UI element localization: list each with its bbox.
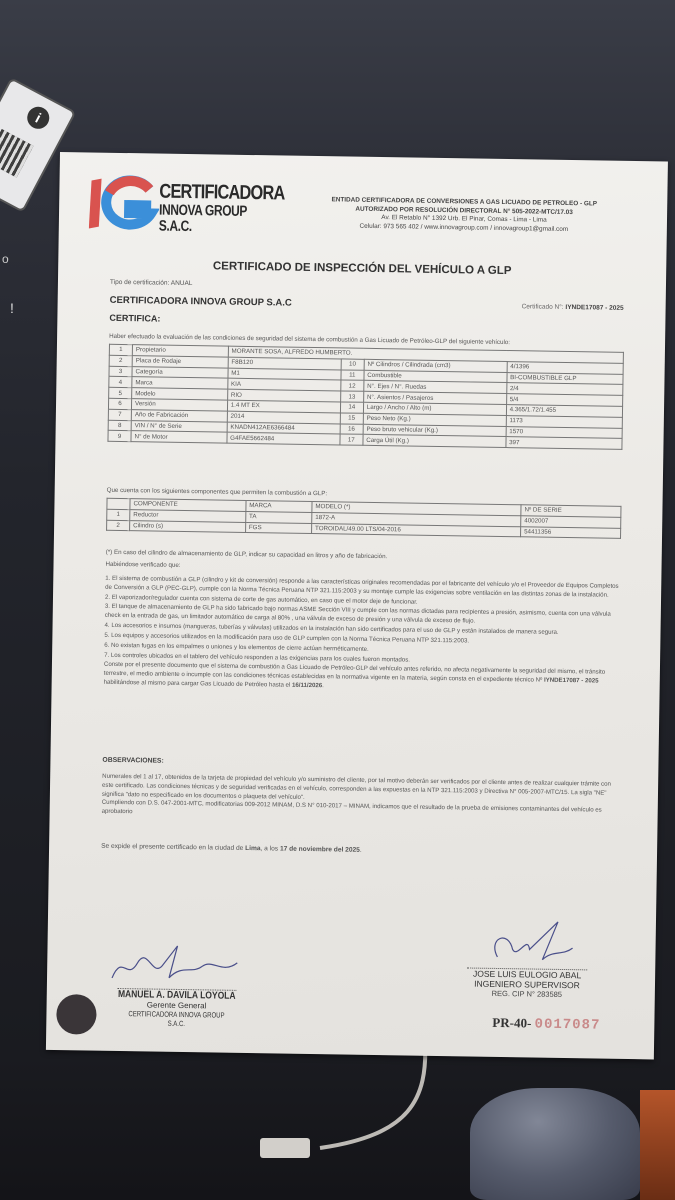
row-number: 5 bbox=[109, 387, 132, 398]
qr-code bbox=[0, 129, 34, 178]
cell-n: 1 bbox=[107, 509, 130, 520]
field-value: G4FAE5662484 bbox=[227, 433, 340, 446]
observations-heading: OBSERVACIONES: bbox=[102, 757, 163, 765]
certificate-number: Certificado N°: IYNDE17087 - 2025 bbox=[522, 303, 624, 312]
cell-modelo: TOROIDAL/49.00 LTS/04-2016 bbox=[311, 523, 520, 537]
device-label: o bbox=[2, 252, 9, 266]
row-number: 10 bbox=[341, 359, 364, 370]
observations: Numerales del 1 al 17, obtenidos de la t… bbox=[102, 773, 618, 825]
company-name: CERTIFICADORA INNOVA GROUP S.A.C bbox=[110, 295, 292, 309]
usb-cable bbox=[260, 1040, 440, 1170]
signature-scribble bbox=[107, 943, 248, 985]
plastic-bag bbox=[470, 1088, 640, 1200]
cell-serie: 54411356 bbox=[521, 526, 621, 538]
cell-componente: Cilindro (s) bbox=[130, 520, 246, 533]
signature-left: MANUEL A. DAVILA LOYOLA Gerente General … bbox=[106, 943, 247, 1029]
serial-number: PR-40- 0017087 bbox=[492, 1015, 600, 1034]
signatory-registration: REG. CIP N° 283585 bbox=[467, 988, 587, 999]
field-value: 397 bbox=[506, 437, 623, 450]
signature-right: JOSE LUIS EULOGIO ABAL INGENIERO SUPERVI… bbox=[467, 919, 588, 1000]
row-number: 16 bbox=[340, 424, 363, 435]
row-number: 3 bbox=[109, 366, 132, 377]
field-label: N° de Motor bbox=[131, 431, 227, 443]
ig-logo-icon bbox=[89, 174, 160, 231]
warning-mark-icon: ! bbox=[10, 300, 14, 316]
row-number: 14 bbox=[340, 402, 363, 413]
certifica-heading: CERTIFICA: bbox=[109, 313, 160, 324]
components-intro: Que cuenta con los siguientes componente… bbox=[107, 487, 328, 497]
entity-header: ENTIDAD CERTIFICADORA DE CONVERSIONES A … bbox=[289, 196, 639, 236]
row-number: 1 bbox=[109, 344, 132, 355]
row-number: 8 bbox=[108, 420, 131, 431]
footnote: (*) En caso del cilindro de almacenamien… bbox=[106, 549, 388, 560]
certificate-document: CERTIFICADORA INNOVA GROUP S.A.C. ENTIDA… bbox=[46, 152, 668, 1059]
info-icon: i bbox=[23, 103, 53, 133]
document-title: CERTIFICADO DE INSPECCIÓN DEL VEHÍCULO A… bbox=[58, 258, 666, 280]
row-number: 6 bbox=[108, 398, 131, 409]
row-number: 11 bbox=[341, 370, 364, 381]
row-number: 2 bbox=[109, 355, 132, 366]
row-number: 12 bbox=[341, 380, 364, 391]
issue-statement: Se expide el presente certificado en la … bbox=[101, 843, 362, 854]
row-number bbox=[107, 498, 130, 509]
row-number: 15 bbox=[340, 413, 363, 424]
components-table: COMPONENTEMARCAMODELO (*)Nº DE SERIE1Red… bbox=[106, 498, 621, 539]
certification-type: Tipo de certificación: ANUAL bbox=[110, 279, 193, 287]
orange-object bbox=[640, 1090, 675, 1200]
row-number: 4 bbox=[109, 377, 132, 388]
stamp-seal bbox=[56, 994, 97, 1035]
verified-heading: Habiéndose verificado que: bbox=[105, 561, 180, 569]
company-logo: CERTIFICADORA INNOVA GROUP S.A.C. bbox=[89, 174, 260, 237]
cell-marca: FGS bbox=[245, 522, 311, 534]
signature-scribble bbox=[467, 919, 588, 965]
logo-line2: INNOVA GROUP S.A.C. bbox=[159, 203, 282, 236]
row-number: 13 bbox=[340, 391, 363, 402]
vehicle-table: 1PropietarioMORANTE SOSA, ALFREDO HUMBER… bbox=[107, 344, 623, 450]
cell-n: 2 bbox=[107, 520, 130, 531]
row-number: 7 bbox=[108, 409, 131, 420]
row-number: 9 bbox=[108, 431, 131, 442]
field-label: Carga Útil (Kg.) bbox=[363, 435, 506, 448]
signatory-company: CERTIFICADORA INNOVA GROUP S.A.C. bbox=[120, 1009, 232, 1029]
verification-items: 1. El sistema de combustión a GLP (cilin… bbox=[104, 575, 621, 697]
row-number: 17 bbox=[340, 434, 363, 445]
signatory-name: MANUEL A. DAVILA LOYOLA bbox=[117, 988, 236, 1002]
